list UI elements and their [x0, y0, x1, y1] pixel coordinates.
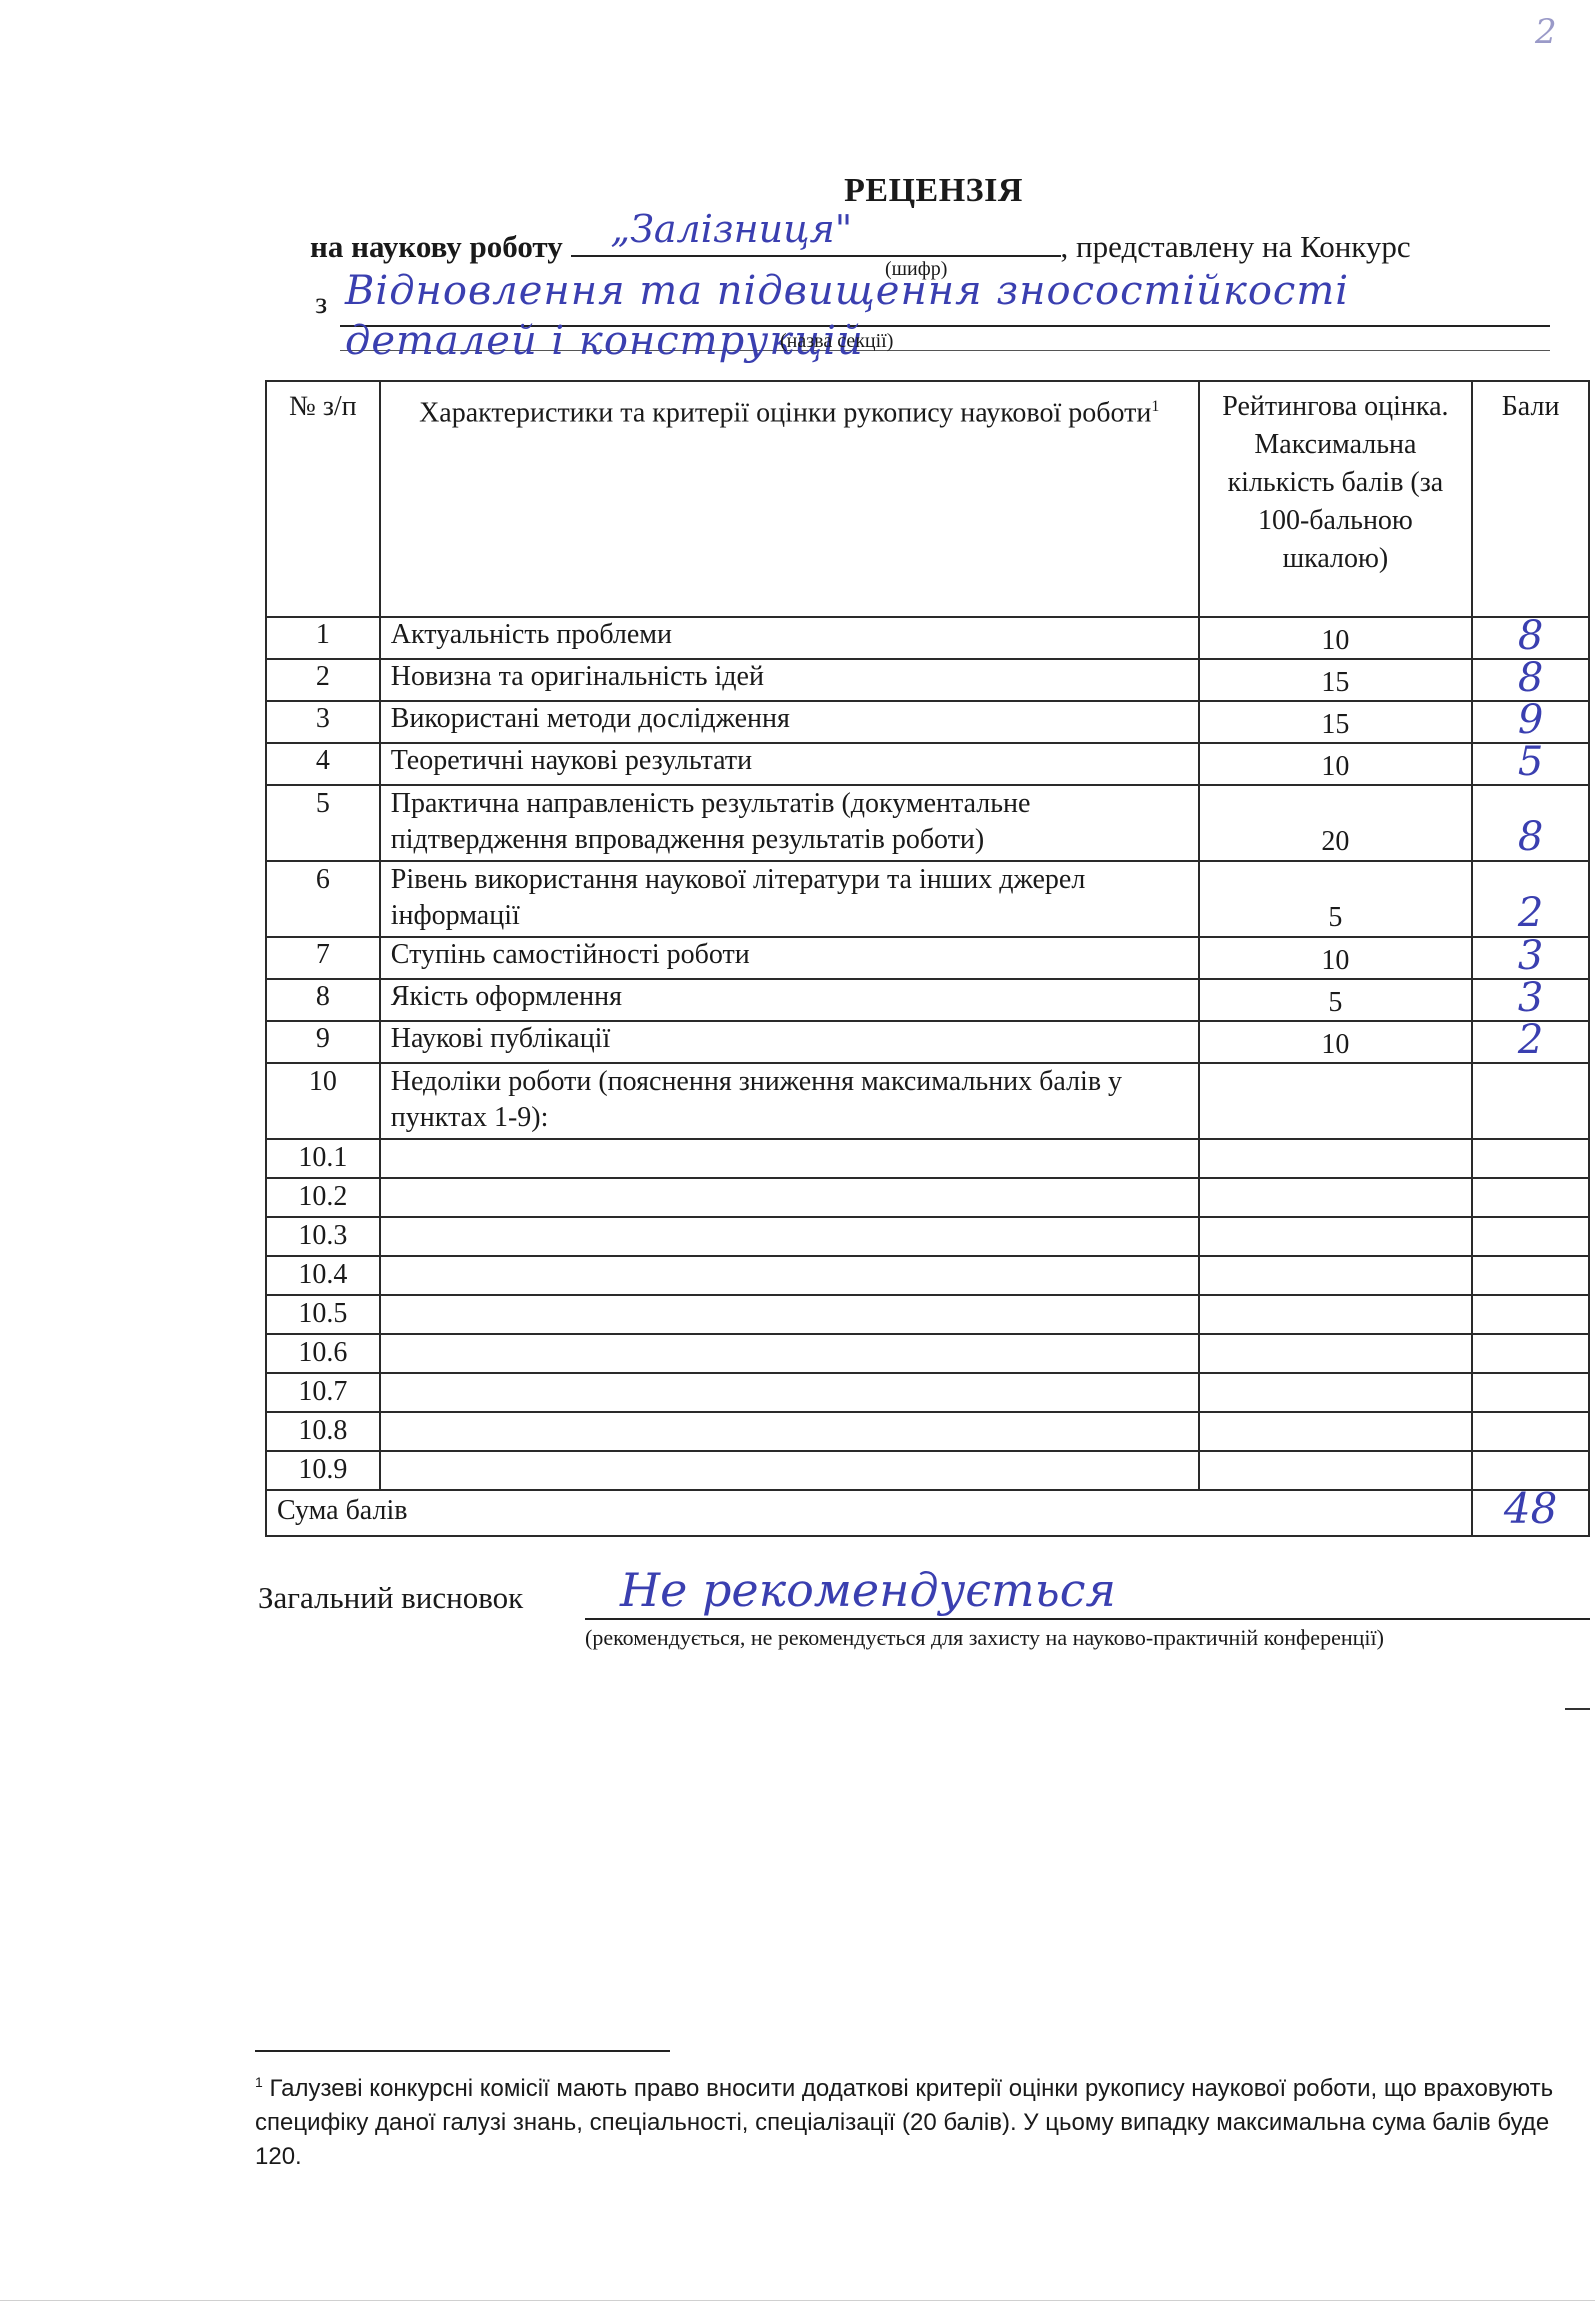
row-score: 8	[1518, 814, 1543, 860]
margin-dash	[1565, 1708, 1590, 1710]
row-number: 1	[266, 617, 380, 659]
subrow-text[interactable]	[380, 1256, 1199, 1295]
document-title: РЕЦЕНЗІЯ	[136, 172, 1595, 210]
subrow-text[interactable]	[380, 1178, 1199, 1217]
row-score: 9	[1518, 697, 1543, 743]
row-score-cell[interactable]	[1472, 1063, 1589, 1139]
table-row: 8Якість оформлення53	[266, 979, 1589, 1021]
subrow-max[interactable]	[1199, 1178, 1473, 1217]
subrow-max[interactable]	[1199, 1412, 1473, 1451]
footnote-mark: 1	[1151, 398, 1159, 415]
table-row: 3Використані методи дослідження159	[266, 701, 1589, 743]
table-row: 9Наукові публікації102	[266, 1021, 1589, 1063]
conclusion-field[interactable]	[585, 1618, 1590, 1620]
row-criterion: Ступінь самостійності роботи	[380, 937, 1199, 979]
row-score-cell[interactable]: 8	[1472, 617, 1589, 659]
subrow-number: 10.1	[266, 1139, 380, 1178]
subrow-text[interactable]	[380, 1451, 1199, 1490]
after-cipher-text: , представлену на Конкурс	[1061, 229, 1411, 264]
row-max-score: 15	[1199, 701, 1473, 743]
row-number: 4	[266, 743, 380, 785]
row-max-score: 10	[1199, 937, 1473, 979]
section-value-line1: Відновлення та підвищення зносостійкості	[345, 268, 1349, 314]
table-row: 6Рівень використання наукової літератури…	[266, 861, 1589, 937]
subrow-text[interactable]	[380, 1217, 1199, 1256]
cipher-field[interactable]: „Залізниця"	[571, 215, 1061, 257]
subrow-score[interactable]	[1472, 1217, 1589, 1256]
subrow-text[interactable]	[380, 1139, 1199, 1178]
subrow-max[interactable]	[1199, 1373, 1473, 1412]
subrow-number: 10.2	[266, 1178, 380, 1217]
col-header-criteria: Характеристики та критерії оцінки рукопи…	[380, 381, 1199, 617]
subrow-number: 10.8	[266, 1412, 380, 1451]
subrow-text[interactable]	[380, 1295, 1199, 1334]
table-row: 7Ступінь самостійності роботи103	[266, 937, 1589, 979]
row-score-cell[interactable]: 2	[1472, 1021, 1589, 1063]
subrow-max[interactable]	[1199, 1139, 1473, 1178]
subrow-score[interactable]	[1472, 1256, 1589, 1295]
table-subrow: 10.8	[266, 1412, 1589, 1451]
page-number-mark: 2	[1535, 12, 1557, 52]
row-score: 3	[1518, 975, 1543, 1021]
row-max-score: 15	[1199, 659, 1473, 701]
row-number: 5	[266, 785, 380, 861]
row-score-cell[interactable]: 5	[1472, 743, 1589, 785]
table-subrow: 10.5	[266, 1295, 1589, 1334]
subrow-max[interactable]	[1199, 1451, 1473, 1490]
row-criterion: Рівень використання наукової літератури …	[380, 861, 1199, 937]
subrow-number: 10.6	[266, 1334, 380, 1373]
table-subrow: 10.1	[266, 1139, 1589, 1178]
table-subrow: 10.2	[266, 1178, 1589, 1217]
row-score: 8	[1518, 613, 1543, 659]
row-number: 6	[266, 861, 380, 937]
row-score: 5	[1518, 739, 1543, 785]
subrow-number: 10.4	[266, 1256, 380, 1295]
row-score-cell[interactable]: 8	[1472, 785, 1589, 861]
table-row: 4Теоретичні наукові результати105	[266, 743, 1589, 785]
subrow-number: 10.7	[266, 1373, 380, 1412]
table-row: 2Новизна та оригінальність ідей158	[266, 659, 1589, 701]
work-label: на наукову роботу	[310, 229, 563, 264]
row-max-score: 20	[1199, 785, 1473, 861]
subrow-text[interactable]	[380, 1373, 1199, 1412]
subrow-score[interactable]	[1472, 1334, 1589, 1373]
conclusion-caption: (рекомендується, не рекомендується для з…	[585, 1625, 1384, 1651]
table-row: 10Недоліки роботи (пояснення зниження ма…	[266, 1063, 1589, 1139]
row-criterion: Практична направленість результатів (док…	[380, 785, 1199, 861]
sum-label: Сума балів	[266, 1490, 1472, 1536]
footnote: 1 Галузеві конкурсні комісії мають право…	[255, 2065, 1585, 2174]
sum-row: Сума балів48	[266, 1490, 1589, 1536]
subrow-number: 10.3	[266, 1217, 380, 1256]
cipher-value: „Залізниця"	[611, 207, 853, 251]
table-subrow: 10.6	[266, 1334, 1589, 1373]
row-criterion: Якість оформлення	[380, 979, 1199, 1021]
footnote-separator	[255, 2050, 670, 2052]
work-line: на наукову роботу „Залізниця" , представ…	[310, 215, 1411, 265]
subrow-max[interactable]	[1199, 1217, 1473, 1256]
subrow-number: 10.9	[266, 1451, 380, 1490]
row-criterion: Використані методи дослідження	[380, 701, 1199, 743]
row-score-cell[interactable]: 3	[1472, 979, 1589, 1021]
row-score: 8	[1518, 655, 1543, 701]
subrow-max[interactable]	[1199, 1295, 1473, 1334]
table-subrow: 10.3	[266, 1217, 1589, 1256]
sum-score-cell[interactable]: 48	[1472, 1490, 1589, 1536]
subrow-score[interactable]	[1472, 1412, 1589, 1451]
table-subrow: 10.9	[266, 1451, 1589, 1490]
row-max-score: 5	[1199, 979, 1473, 1021]
subrow-score[interactable]	[1472, 1139, 1589, 1178]
row-number: 10	[266, 1063, 380, 1139]
row-score-cell[interactable]: 9	[1472, 701, 1589, 743]
row-number: 7	[266, 937, 380, 979]
row-criterion: Теоретичні наукові результати	[380, 743, 1199, 785]
row-number: 8	[266, 979, 380, 1021]
row-criterion: Актуальність проблеми	[380, 617, 1199, 659]
subrow-max[interactable]	[1199, 1334, 1473, 1373]
criteria-header-text: Характеристики та критерії оцінки рукопи…	[419, 397, 1151, 428]
row-criterion: Наукові публікації	[380, 1021, 1199, 1063]
page-bottom-edge	[0, 2300, 1595, 2301]
subrow-text[interactable]	[380, 1412, 1199, 1451]
table-row: 1Актуальність проблеми108	[266, 617, 1589, 659]
subrow-score[interactable]	[1472, 1295, 1589, 1334]
row-score: 2	[1518, 890, 1543, 936]
sum-score: 48	[1504, 1484, 1557, 1533]
section-prefix: з	[315, 285, 327, 321]
table-subrow: 10.7	[266, 1373, 1589, 1412]
col-header-score: Бали	[1472, 381, 1589, 617]
section-caption: (назва секції)	[780, 330, 893, 353]
footnote-text: Галузеві конкурсні комісії мають право в…	[255, 2075, 1553, 2170]
col-header-max: Рейтингова оцінка. Максимальна кількість…	[1199, 381, 1473, 617]
subrow-number: 10.5	[266, 1295, 380, 1334]
col-header-num: № з/п	[266, 381, 380, 617]
subrow-text[interactable]	[380, 1334, 1199, 1373]
conclusion-value: Не рекомендується	[620, 1563, 1116, 1617]
row-number: 9	[266, 1021, 380, 1063]
table-row: 5Практична направленість результатів (до…	[266, 785, 1589, 861]
conclusion-label: Загальний висновок	[258, 1580, 523, 1616]
row-max-score	[1199, 1063, 1473, 1139]
footnote-number: 1	[255, 2074, 263, 2090]
evaluation-table: № з/п Характеристики та критерії оцінки …	[265, 380, 1590, 1537]
row-score: 3	[1518, 933, 1543, 979]
row-number: 2	[266, 659, 380, 701]
row-number: 3	[266, 701, 380, 743]
subrow-score[interactable]	[1472, 1373, 1589, 1412]
row-score: 2	[1518, 1017, 1543, 1063]
row-score-cell[interactable]: 8	[1472, 659, 1589, 701]
row-max-score: 10	[1199, 743, 1473, 785]
row-score-cell[interactable]: 2	[1472, 861, 1589, 937]
subrow-score[interactable]	[1472, 1178, 1589, 1217]
row-score-cell[interactable]: 3	[1472, 937, 1589, 979]
table-subrow: 10.4	[266, 1256, 1589, 1295]
row-criterion: Новизна та оригінальність ідей	[380, 659, 1199, 701]
row-max-score: 5	[1199, 861, 1473, 937]
row-criterion: Недоліки роботи (пояснення зниження макс…	[380, 1063, 1199, 1139]
row-max-score: 10	[1199, 1021, 1473, 1063]
subrow-max[interactable]	[1199, 1256, 1473, 1295]
row-max-score: 10	[1199, 617, 1473, 659]
table-header-row: № з/п Характеристики та критерії оцінки …	[266, 381, 1589, 617]
